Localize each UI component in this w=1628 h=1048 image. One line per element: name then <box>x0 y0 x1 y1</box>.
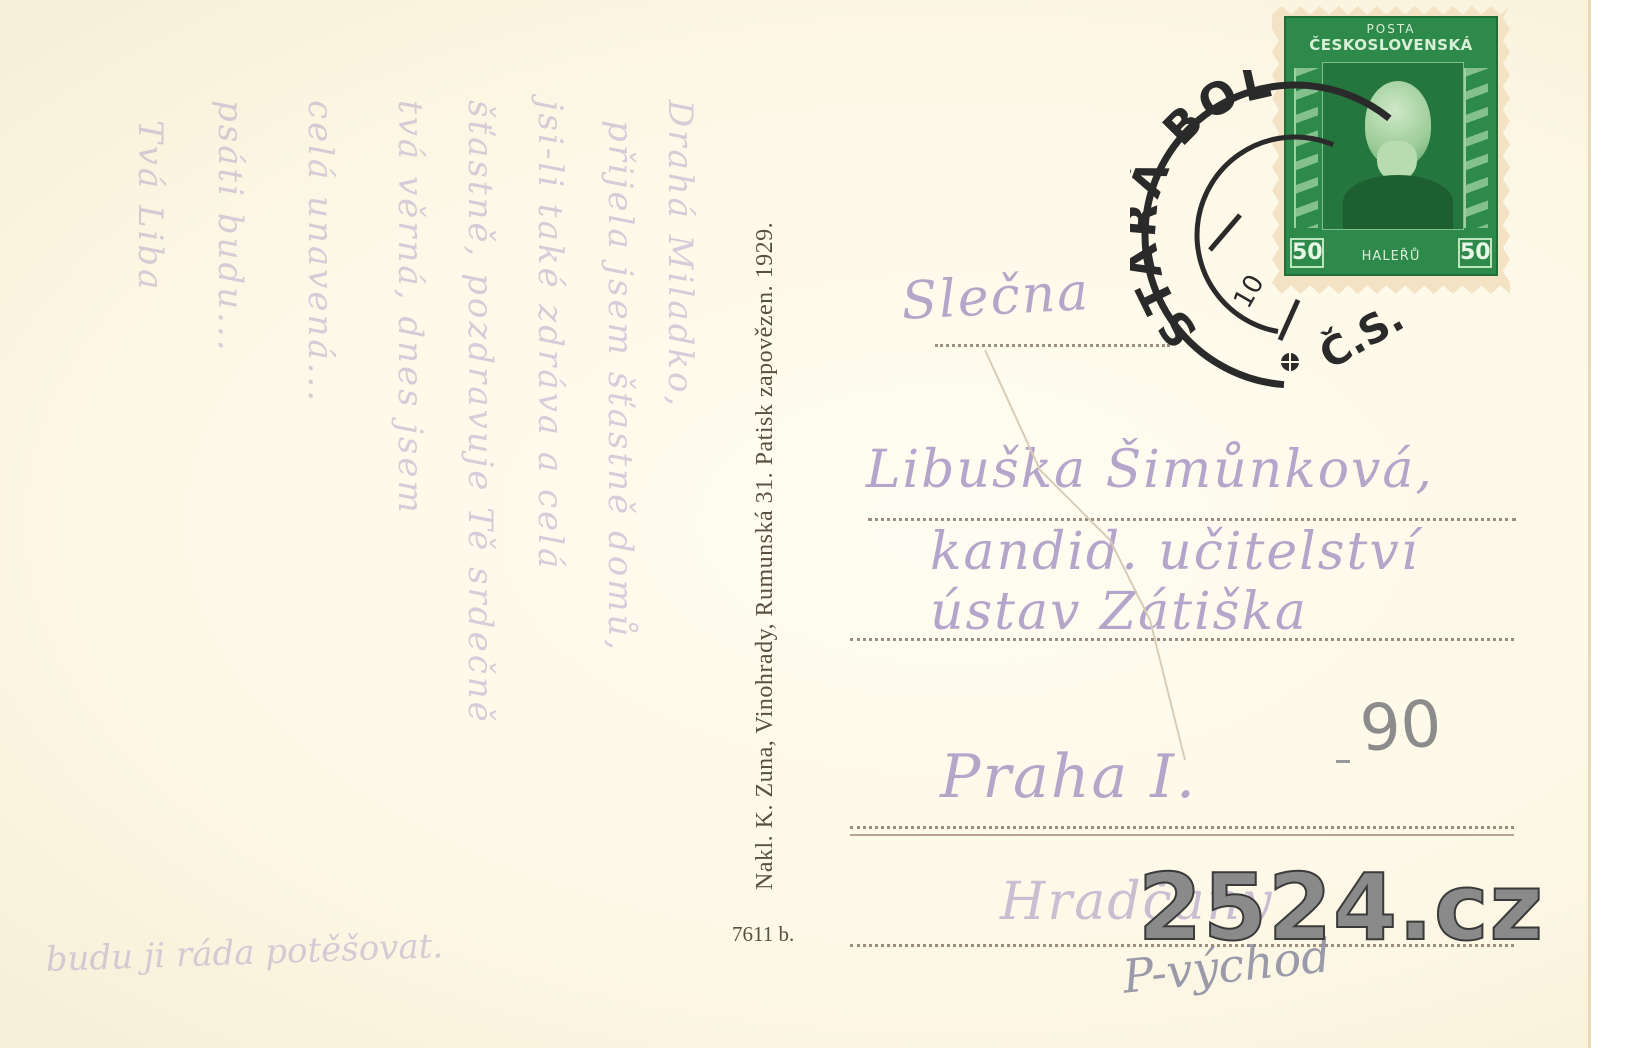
series-number: 7611 b. <box>732 922 794 947</box>
pencil-dash <box>1336 760 1350 763</box>
postcard-back: Drahá Miladko, přijela jsem šťastně domů… <box>0 0 1590 1048</box>
address-line-4: ústav Zátiška <box>930 582 1308 642</box>
postage-stamp: POSTA ČESKOSLOVENSKÁ 50 HALEŘŮ 50 <box>1272 6 1510 294</box>
postmark-country: Č.S. <box>1311 293 1412 379</box>
message-line: Tvá Liba <box>130 120 170 292</box>
publisher-imprint-wrap: Nakl. K. Zuna, Vinohrady, Rumunská 31. P… <box>752 222 779 890</box>
message-line: celá unavená... <box>300 100 340 404</box>
address-line-2: Libuška Šimůnková, <box>866 440 1434 500</box>
watermark: 2524.cz <box>1138 862 1544 954</box>
stamp-country: ČESKOSLOVENSKÁ <box>1286 36 1496 54</box>
address-dotted-line <box>868 518 1516 521</box>
message-line: tvá věrná, dnes jsem <box>390 100 430 516</box>
stamp-top-label: POSTA <box>1286 22 1496 36</box>
address-line-1: Slečna <box>900 262 1092 332</box>
message-line: jsi-li také zdráva a celá <box>530 100 570 571</box>
address-dotted-line <box>850 826 1514 829</box>
address-dotted-line <box>935 344 1170 347</box>
message-line: přijela jsem šťastně domů, <box>600 120 640 653</box>
stamp-face: POSTA ČESKOSLOVENSKÁ 50 HALEŘŮ 50 <box>1284 16 1498 276</box>
address-underline <box>850 834 1514 836</box>
message-line: Drahá Miladko, <box>660 100 700 409</box>
message-line: psáti budu... <box>210 100 250 354</box>
address-line-5: Praha I. <box>940 742 1197 812</box>
card-edge <box>1588 0 1591 1048</box>
postmark-date: 10 <box>1228 270 1271 314</box>
publisher-imprint: Nakl. K. Zuna, Vinohrady, Rumunská 31. P… <box>752 222 778 890</box>
svg-text:STARÁ BOL: STARÁ BOL <box>1130 70 1279 357</box>
address-line-3: kandid. učitelství <box>930 522 1419 582</box>
laurel-right-icon <box>1464 68 1488 228</box>
postmark-town: STARÁ BOL <box>1130 70 1279 357</box>
stamp-value-right: 50 <box>1458 238 1492 268</box>
portrait-icon <box>1322 62 1464 230</box>
message-line: šťastně, pozdravuje Tě srdečně <box>460 100 500 725</box>
pencil-price-note: 90 <box>1358 687 1444 767</box>
laurel-left-icon <box>1294 68 1318 228</box>
message-footer: budu ji ráda potěšovat. <box>45 926 444 980</box>
